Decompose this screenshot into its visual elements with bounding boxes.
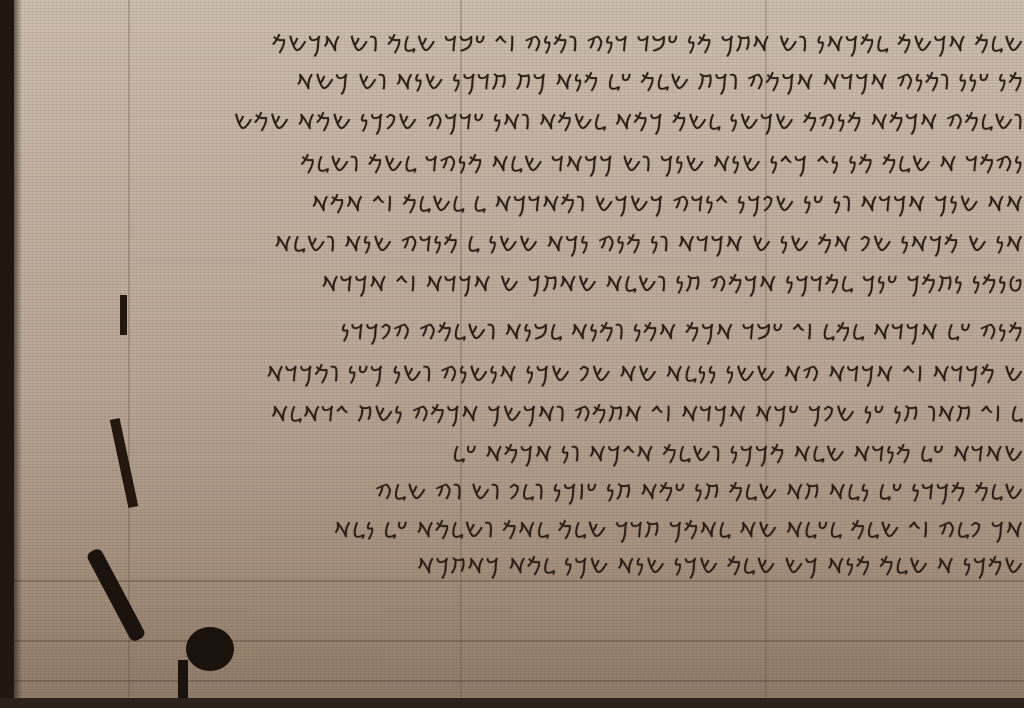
- papyrus-vertical-fiber: [460, 0, 462, 708]
- papyrus-fold-line: [0, 640, 1024, 642]
- script-line-11: 𐡔𐡀𐡃𐡀 𐡏𐡋 𐡌𐡍𐡃𐡀 𐡔𐡋𐡀 𐡌𐡓𐡓𐡍 𐡅𐡔𐡋𐡌 𐡀𐡉𐡓𐡀 𐡅𐡍 𐡀𐡓𐡌𐡀 …: [0, 440, 1024, 468]
- script-line-13: 𐡀𐡓 𐡐𐡋𐡄 𐡆𐡉 𐡔𐡋𐡌 𐡋𐡏𐡋𐡀 𐡔𐡀 𐡋𐡀𐡌𐡓 𐡇𐡃𐡓 𐡔𐡋𐡌 𐡋𐡀𐡌 𐡅…: [0, 516, 1024, 544]
- ink-stain: [120, 295, 127, 335]
- script-line-14: 𐡔𐡌𐡓𐡍 𐡀 𐡔𐡋𐡌 𐡌𐡍𐡀 𐡓𐡔 𐡔𐡋𐡌 𐡔𐡓𐡍 𐡔𐡍𐡀 𐡔𐡓𐡍 𐡋𐡌𐡀 𐡓𐡀…: [0, 552, 1024, 580]
- script-line-6: 𐡀𐡍 𐡔 𐡌𐡓𐡀𐡍 𐡔𐡐 𐡀𐡌 𐡔𐡍 𐡔 𐡀𐡓𐡃𐡀 𐡅𐡍 𐡌𐡍𐡄 𐡍𐡓𐡀 𐡔𐡔𐡍…: [0, 230, 1024, 258]
- script-line-8: 𐡌𐡍𐡄 𐡏𐡋 𐡀𐡓𐡃𐡀 𐡋𐡌𐡋 𐡆𐡉 𐡏𐡁𐡃 𐡀𐡓𐡌 𐡀𐡌𐡍 𐡅𐡌𐡍𐡀 𐡋𐡁𐡍𐡀…: [0, 318, 1024, 346]
- papyrus-photograph: 𐡔𐡋𐡌 𐡀𐡓𐡔𐡌 𐡋𐡌𐡓𐡀𐡍 𐡅𐡔 𐡀𐡇𐡓 𐡌𐡍 𐡏𐡁𐡃 𐡃𐡍𐡄 𐡅𐡌𐡍𐡄 𐡆𐡉…: [0, 0, 1024, 708]
- papyrus-bottom-edge: [0, 698, 1024, 708]
- script-line-10: 𐡋 𐡆𐡉 𐡇𐡀𐡅 𐡇𐡍 𐡏𐡍 𐡔𐡐𐡓 𐡏𐡓𐡀 𐡀𐡓𐡃𐡀 𐡆𐡉 𐡀𐡇𐡌𐡄 𐡅𐡀𐡓𐡔…: [0, 400, 1024, 428]
- script-line-4: 𐡍𐡄𐡌𐡃 𐡀 𐡔𐡋𐡌 𐡌𐡍 𐡍𐡉 𐡓𐡉𐡍 𐡔𐡍𐡀 𐡔𐡍𐡓 𐡅𐡔 𐡓𐡓𐡀𐡃 𐡔𐡋𐡀…: [0, 150, 1024, 178]
- papyrus-fold-line: [0, 680, 1024, 682]
- papyrus-fold-line: [0, 580, 1024, 582]
- script-line-2: 𐡌𐡍 𐡏𐡍𐡍 𐡅𐡌𐡍𐡄 𐡀𐡓𐡃𐡀 𐡀𐡓𐡌𐡄 𐡅𐡓𐡇 𐡔𐡋𐡌 𐡏𐡋 𐡌𐡍𐡀 𐡓𐡇 …: [0, 68, 1024, 96]
- script-line-3: 𐡅𐡔𐡋𐡌𐡄 𐡀𐡓𐡌𐡀 𐡌𐡍𐡄𐡌 𐡔𐡓𐡔𐡍 𐡋𐡔𐡌 𐡓𐡌𐡀 𐡋𐡔𐡌𐡀 𐡅𐡀𐡍 𐡏𐡃…: [0, 108, 1024, 136]
- ink-blot: [186, 627, 234, 671]
- script-line-12: 𐡔𐡋𐡌 𐡌𐡓𐡃𐡍 𐡏𐡋 𐡍𐡋𐡀 𐡇𐡀 𐡔𐡋𐡌 𐡇𐡍 𐡏𐡌𐡀 𐡇𐡍 𐡏𐡆𐡓𐡍 𐡅𐡋…: [0, 478, 1024, 506]
- papyrus-left-edge-shadow: [14, 0, 22, 708]
- script-line-7: 𐡈𐡍𐡌𐡍 𐡍𐡇𐡌𐡓 𐡏𐡍𐡓 𐡋𐡌𐡃𐡓𐡍 𐡀𐡓𐡌𐡄 𐡇𐡍 𐡅𐡔𐡋𐡀 𐡔𐡀𐡇𐡓 𐡔 …: [0, 270, 1024, 298]
- papyrus-vertical-fiber: [765, 0, 767, 708]
- script-line-9: 𐡔 𐡌𐡓𐡃𐡀 𐡆𐡉 𐡀𐡓𐡃𐡀 𐡄𐡀 𐡔𐡔𐡍 𐡍𐡍𐡋𐡀 𐡔𐡀 𐡔𐡐 𐡔𐡓𐡍 𐡀𐡍𐡔…: [0, 360, 1024, 388]
- script-line-1: 𐡔𐡋𐡌 𐡀𐡓𐡔𐡌 𐡋𐡌𐡓𐡀𐡍 𐡅𐡔 𐡀𐡇𐡓 𐡌𐡍 𐡏𐡁𐡃 𐡃𐡍𐡄 𐡅𐡌𐡍𐡄 𐡆𐡉…: [0, 30, 1024, 58]
- papyrus-left-edge: [0, 0, 14, 708]
- script-line-5: 𐡀𐡀 𐡔𐡍𐡓 𐡀𐡓𐡃𐡀 𐡅𐡍 𐡏𐡍 𐡔𐡐𐡓𐡍 𐡉𐡍𐡃𐡄 𐡓𐡔𐡓𐡔 𐡅𐡌𐡀𐡃𐡓𐡀 …: [0, 190, 1024, 218]
